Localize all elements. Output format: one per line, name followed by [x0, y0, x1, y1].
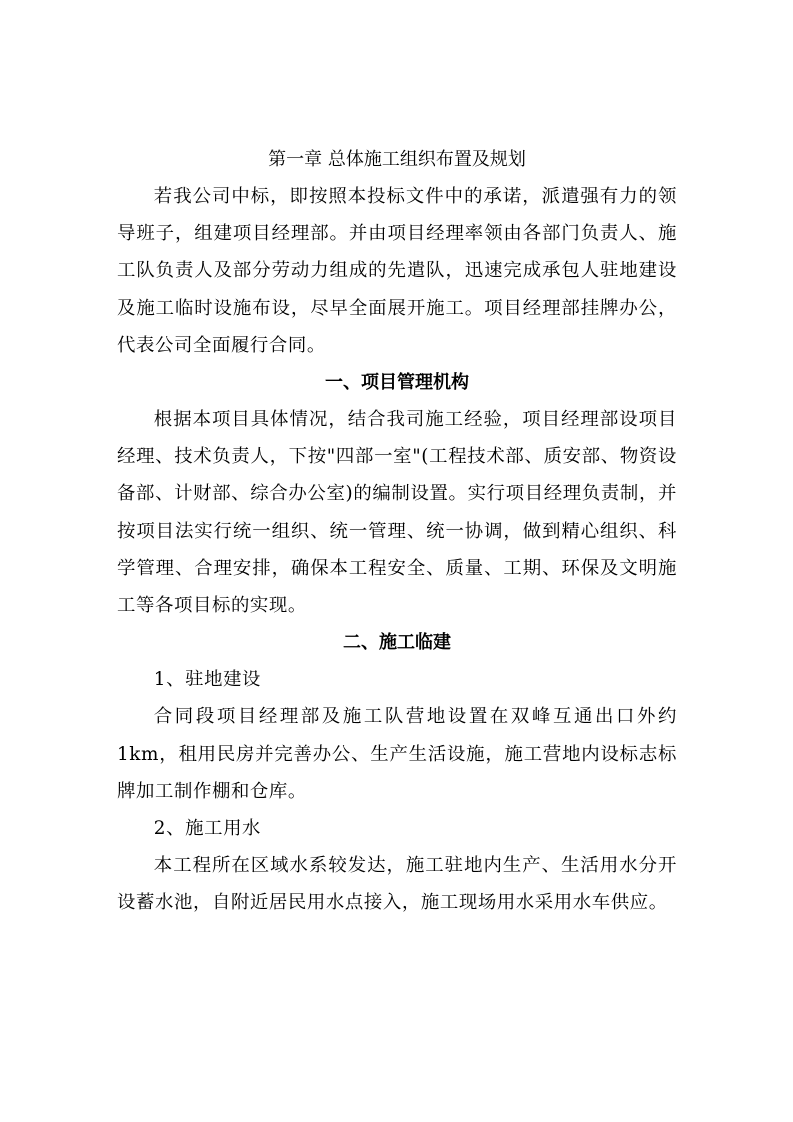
section-heading-management: 一、项目管理机构 — [117, 364, 677, 401]
section-heading-temporary-works: 二、施工临建 — [117, 624, 677, 661]
subsection-title-water: 2、施工用水 — [117, 810, 677, 847]
camp-paragraph: 合同段项目经理部及施工队营地设置在双峰互通出口外约 1km，租用民房并完善办公、… — [117, 698, 677, 810]
document-page: 第一章 总体施工组织布置及规划 若我公司中标，即按照本投标文件中的承诺，派遣强有… — [117, 141, 677, 922]
subsection-title-camp: 1、驻地建设 — [117, 661, 677, 698]
intro-paragraph: 若我公司中标，即按照本投标文件中的承诺，派遣强有力的领导班子，组建项目经理部。并… — [117, 178, 677, 364]
chapter-title: 第一章 总体施工组织布置及规划 — [117, 141, 677, 178]
water-paragraph: 本工程所在区域水系较发达，施工驻地内生产、生活用水分开设蓄水池，自附近居民用水点… — [117, 847, 677, 921]
management-paragraph: 根据本项目具体情况，结合我司施工经验，项目经理部设项目经理、技术负责人，下按"四… — [117, 401, 677, 624]
